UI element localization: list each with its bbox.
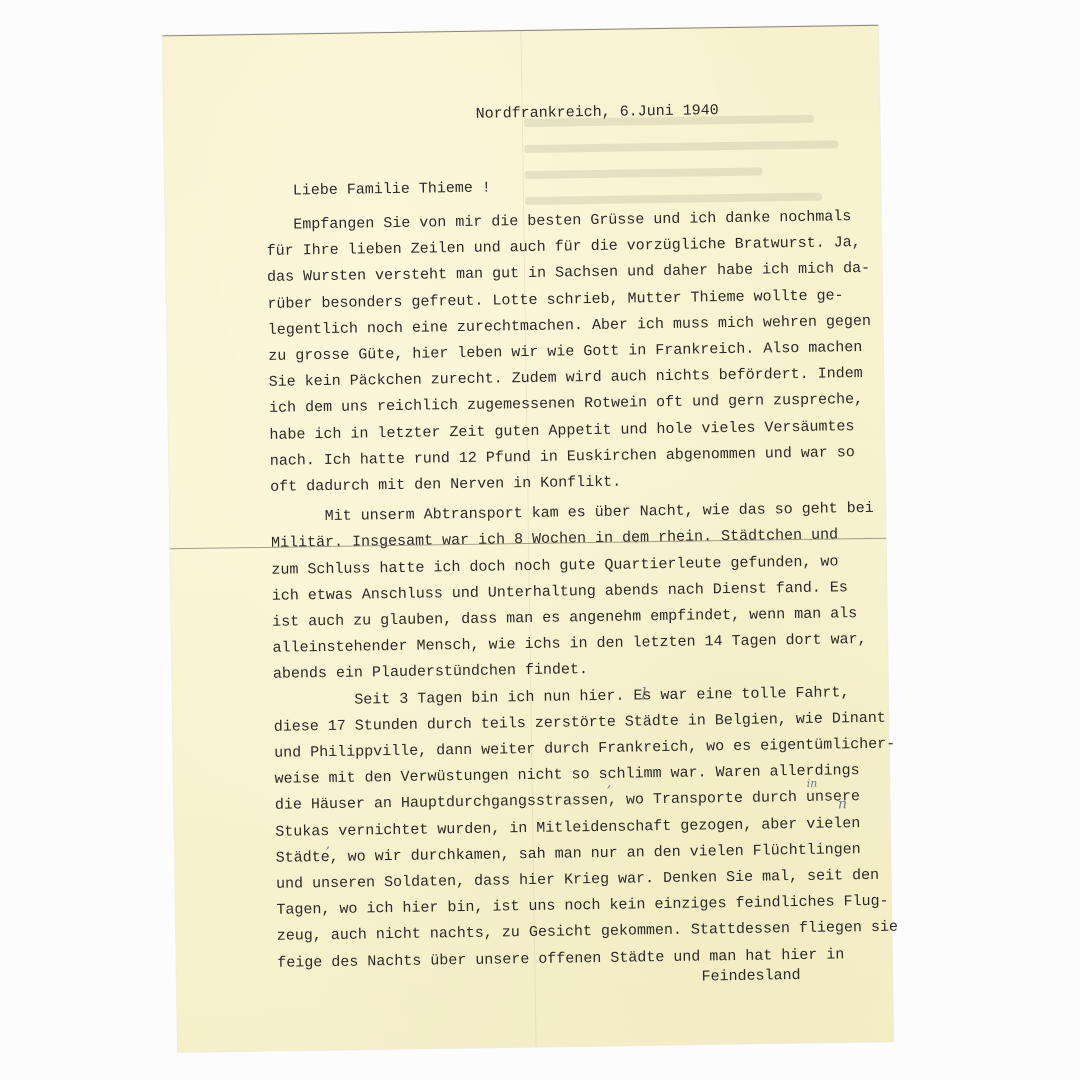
body-line: Sie kein Päckchen zurecht. Zudem wird au… (269, 365, 863, 392)
body-line: Tagen, wo ich hier bin, ist uns noch kei… (276, 893, 888, 920)
body-line: nach. Ich hatte rund 12 Pfund in Euskirc… (270, 444, 855, 471)
pencil-correction-l: l (641, 684, 646, 703)
body-line: Empfangen Sie von mir die besten Grüsse … (293, 208, 851, 234)
body-line: alleinstehender Mensch, wie ichs in den … (272, 631, 866, 658)
body-line: und Philippville, dann weiter durch Fran… (274, 736, 895, 763)
body-line: Städte, wo wir durchkamen, sah man nur a… (276, 841, 861, 868)
body-line: zeug, auch nicht nachts, zu Gesicht geko… (277, 919, 898, 946)
scan-background: Nordfrankreich, 6.Juni 1940 Liebe Famili… (0, 0, 1080, 1080)
pencil-correction-comma: , (607, 775, 612, 791)
letter-body: Empfangen Sie von mir die besten Grüsse … (163, 26, 879, 37)
body-line: die Häuser an Hauptdurchgangsstrassen, w… (275, 788, 860, 815)
body-line: Seit 3 Tagen bin ich nun hier. Es war ei… (354, 684, 849, 709)
body-line: ist auch zu glauben, dass man es angeneh… (272, 605, 857, 632)
body-line: oft dadurch mit den Nerven in Konflikt. (270, 474, 621, 497)
body-line: diese 17 Stunden durch teils zerstörte S… (274, 710, 886, 737)
letter-sheet: Nordfrankreich, 6.Juni 1940 Liebe Famili… (162, 25, 893, 1053)
dateline: Nordfrankreich, 6.Juni 1940 (476, 102, 719, 124)
pencil-correction-stadte-comma: , (325, 836, 330, 852)
body-line: ich dem uns reichlich zugemessenen Rotwe… (269, 391, 863, 418)
pencil-correction-in: in (807, 777, 818, 790)
body-line: rüber besonders gefreut. Lotte schrieb, … (267, 287, 843, 314)
body-line: ich etwas Anschluss und Unterhaltung abe… (272, 579, 848, 606)
body-line: habe ich in letzter Zeit guten Appetit u… (269, 418, 854, 445)
pencil-correction-n: n (838, 796, 847, 812)
salutation: Liebe Familie Thieme ! (293, 180, 491, 201)
body-line: und unseren Soldaten, dass hier Krieg wa… (276, 867, 879, 894)
body-line: Mit unserm Abtransport kam es über Nacht… (325, 500, 874, 526)
body-line: zum Schluss hatte ich doch noch gute Qua… (271, 553, 838, 579)
body-line: Stukas vernichtet wurden, in Mitleidensc… (275, 815, 860, 842)
body-line: Militär. Insgesamt war ich 8 Wochen in d… (271, 527, 838, 553)
typed-letter: Nordfrankreich, 6.Juni 1940 Liebe Famili… (163, 26, 894, 1053)
body-line: das Wursten versteht man gut in Sachsen … (267, 260, 870, 287)
catchword: Feindesland (701, 967, 800, 986)
body-line: legentlich noch eine zurechtmachen. Aber… (268, 313, 871, 340)
body-line: weise mit den Verwüstungen nicht so schl… (274, 762, 859, 789)
body-line: zu grosse Güte, hier leben wir wie Gott … (268, 339, 862, 366)
body-line: abends ein Plauderstündchen findet. (273, 662, 588, 685)
body-line: für Ihre lieben Zeilen und auch für die … (267, 234, 861, 261)
